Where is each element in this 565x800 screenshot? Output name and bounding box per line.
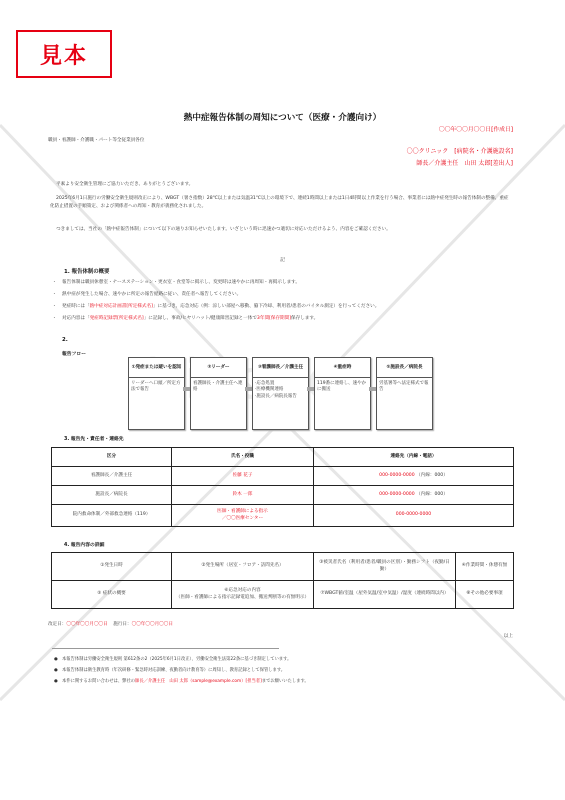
bullet-dot-icon: ●	[54, 657, 62, 662]
text-span: 保存します。	[291, 316, 318, 321]
flow-step-line: 看護師長・介護主任へ連絡	[193, 381, 244, 394]
cell-line: ①発生日時	[55, 563, 168, 570]
cell-line: ⑤ 症状の概要	[55, 591, 168, 598]
text-span: 本報告体制は労働安全衛生規則 第612条の2（2025年6月1日改正）、労働安全…	[62, 657, 291, 662]
text-span: 」に基づき、応急対応（例：涼しい部屋へ移動、脇下冷却、利用者/患者のバイタル測定…	[153, 304, 379, 309]
detail-cell: ④作業時間・休憩有無	[456, 553, 514, 581]
flow-step-title: ⑤施設長／病院長	[377, 358, 432, 378]
document-title: 熱中症報告体制の周知について（医療・介護向け）	[0, 111, 565, 123]
cell-name: 鈴木 一郎	[172, 486, 314, 505]
table-row: 施設長／病院長鈴木 一郎000-0000-0000 （内線：000）	[52, 486, 514, 505]
flow-step-body: 119番に連絡し、速やかに搬送	[315, 378, 370, 397]
highlight-text: 熱中症対応計画書[所定様式名]	[90, 304, 153, 309]
cell-name: 佐藤 花子	[172, 467, 314, 486]
cell-contact: 000-0000-0000 （内線：000）	[314, 467, 514, 486]
section2-heading: 報告フロー	[62, 350, 86, 357]
flow-step: ②リーダー看護師長・介護主任へ連絡	[190, 357, 247, 430]
table-row: ①発生日時②発生場所（居室・フロア・訪問先名）③被災者氏名（利用者/患者/職員の…	[52, 553, 514, 581]
text-span: 本件に関するお問い合わせは、弊社の	[62, 679, 135, 684]
cell-name: 医師・看護師による指示／〇〇医療センター	[172, 505, 314, 527]
cell-line: ④作業時間・休憩有無	[459, 563, 510, 570]
bullet-dot-icon: ・	[52, 279, 62, 285]
greeting: 平素より安全衛生管理にご協力いただき、ありがとうございます。	[56, 181, 518, 189]
cell-line: ③被災者氏名（利用者/患者/職員の区別）・勤務シフト（夜勤/日勤）	[317, 560, 452, 573]
bullet-item: ・熱中症が発生した場合、速やかに所定の報告経路に従い、責任者へ報告してください。	[52, 291, 241, 297]
detail-cell: ⑧その他必要事項	[456, 581, 514, 609]
date-value: 〇〇年〇〇月〇〇日	[439, 127, 491, 133]
issuer-person: 師長／介護主任 山田 太郎[差出人]	[407, 158, 513, 170]
intro-paragraph: 2025年6月1日施行の労働安全衛生規則改正により、WBGT（暑さ指数）28℃以…	[50, 195, 512, 211]
contact-number: 000-0000-0000	[379, 473, 414, 478]
table-row: ⑤ 症状の概要⑥応急対応の内容（医師・看護師による指示記録電追加、搬送判断等の有…	[52, 581, 514, 609]
text-span: までお願いいたします。	[262, 679, 309, 684]
flow-step: ①発症または疑いを認知リーダーへ口頭／所定方法で報告	[128, 357, 185, 430]
ijo-label: 以上	[504, 633, 513, 639]
flow-step-body: リーダーへ口頭／所定方法で報告	[129, 378, 184, 397]
col-header-contact: 連絡先（内線・電話）	[314, 448, 514, 467]
flow-step-line: 119番に連絡し、速やかに搬送	[317, 381, 368, 394]
text-span: 発症時には「	[62, 304, 90, 309]
ki-label: 記	[0, 256, 565, 263]
cell-line: 佐藤 花子	[175, 473, 310, 480]
cell-category: 看護師長／介護主任	[52, 467, 172, 486]
flow-step-title: ③看護師長／介護主任	[253, 358, 308, 378]
flow-step-line: ·施設長／病院長報告	[255, 394, 306, 400]
detail-cell: ⑤ 症状の概要	[52, 581, 172, 609]
bullet-dot-icon: ・	[52, 303, 62, 309]
text-span: 本報告体制は衛生教育時（年次研修・緊急時対応訓練、夜勤者向け教育等）に周知し、教…	[62, 668, 285, 673]
flow-step: ④重症時119番に連絡し、速やかに搬送	[314, 357, 371, 430]
flow-step: ③看護師長／介護主任·応急処置·医療機関連絡·施設長／病院長報告	[252, 357, 309, 430]
text-span: 対応内容は「	[62, 316, 90, 321]
flow-step: ⑤施設長／病院長労基署等へ法定様式で報告	[376, 357, 433, 430]
contact-number: 000-0000-0000	[379, 492, 414, 497]
flow-step-body: 看護師長・介護主任へ連絡	[191, 378, 246, 397]
bullet-item: ・発症時には「熱中症対応計画書[所定様式名]」に基づき、応急対応（例：涼しい部屋…	[52, 303, 379, 309]
cell-line: ⑦WBGT値/室温（屋外気温/室中気温）/湿度（連続時間以内）	[317, 591, 452, 598]
cell-category: 施設長／病院長	[52, 486, 172, 505]
bullet-item: ・対応内容は「発症時記録票[所定様式名]」に記録し、事故/ヒヤリハット/健康障害…	[52, 315, 318, 321]
footnote-item: ●本報告体制は労働安全衛生規則 第612条の2（2025年6月1日改正）、労働安…	[54, 656, 291, 662]
section3-heading: 3. 報告先・責任者・連絡先	[64, 435, 124, 442]
detail-cell: ①発生日時	[52, 553, 172, 581]
flow-step-line: リーダーへ口頭／所定方法で報告	[131, 381, 182, 394]
cell-category: 院内救命体制／外部救急連絡（119）	[52, 505, 172, 527]
notice-paragraph: つきましては、当社の「熱中症報告体制」について以下の通りお知らせいたします。いざ…	[56, 226, 518, 234]
enforced-value: 〇〇年〇〇月〇〇日	[132, 622, 173, 627]
detail-cell: ⑥応急対応の内容（医師・看護師による指示記録電追加、搬送判断等の有無明示）	[172, 581, 314, 609]
flow-step-body: ·応急処置·医療機関連絡·施設長／病院長報告	[253, 378, 308, 403]
text-span: 」に記録し、事故/ヒヤリハット/健康障害記録と一体で	[144, 316, 257, 321]
cell-contact: 000-0000-0000	[314, 505, 514, 527]
detail-cell: ⑦WBGT値/室温（屋外気温/室中気温）/湿度（連続時間以内）	[314, 581, 456, 609]
text-span: 熱中症が発生した場合、速やかに所定の報告経路に従い、責任者へ報告してください。	[62, 292, 241, 297]
cell-line: ／〇〇医療センター	[175, 516, 310, 523]
addressee: 職員・看護師・介護職・パート等全従業員各位	[48, 137, 144, 143]
revision-dates: 改定日：〇〇年〇〇月〇〇日 施行日：〇〇年〇〇月〇〇日	[48, 621, 173, 627]
issuer-org: 〇〇クリニック [病院名・介護施設名]	[407, 146, 513, 158]
bullet-dot-icon: ・	[52, 315, 62, 321]
section2-number: 2.	[62, 337, 68, 343]
cell-line: （医師・看護師による指示記録電追加、搬送判断等の有無明示）	[175, 595, 310, 602]
text-span: 報告体制は職員休憩室・ナースステーション・更衣室・食堂等に掲示し、変更時は速やか…	[62, 280, 300, 285]
flow-step-title: ④重症時	[315, 358, 370, 378]
flow-step-title: ②リーダー	[191, 358, 246, 378]
revised-value: 〇〇年〇〇月〇〇日	[66, 622, 107, 627]
flow-step-line: 労基署等へ法定様式で報告	[379, 381, 430, 394]
table-row: 看護師長／介護主任佐藤 花子000-0000-0000 （内線：000）	[52, 467, 514, 486]
footnote-item: ●本報告体制は衛生教育時（年次研修・緊急時対応訓練、夜勤者向け教育等）に周知し、…	[54, 667, 285, 673]
contact-extension: （内線：000）	[415, 492, 448, 497]
flow-step-title: ①発症または疑いを認知	[129, 358, 184, 378]
footnote-item: ●本件に関するお問い合わせは、弊社の師長／介護主任 山田 太郎（sample@e…	[54, 678, 309, 684]
col-header-name: 氏名・役職	[172, 448, 314, 467]
section4-heading: 4. 報告内容の詳細	[64, 541, 104, 548]
highlight-text: 発症時記録票[所定様式名]	[90, 316, 144, 321]
highlight-text: 師長／介護主任 山田 太郎（sample@example.com）[担当者]	[135, 679, 262, 684]
bullet-dot-icon: ・	[52, 291, 62, 297]
cell-contact: 000-0000-0000 （内線：000）	[314, 486, 514, 505]
report-detail-table: ①発生日時②発生場所（居室・フロア・訪問先名）③被災者氏名（利用者/患者/職員の…	[51, 552, 514, 609]
cell-line: 鈴木 一郎	[175, 492, 310, 499]
creation-date: 〇〇年〇〇月〇〇日[作成日]	[439, 124, 513, 133]
table-row: 院内救命体制／外部救急連絡（119）医師・看護師による指示／〇〇医療センター00…	[52, 505, 514, 527]
contact-number: 000-0000-0000	[396, 512, 431, 517]
detail-cell: ②発生場所（居室・フロア・訪問先名）	[172, 553, 314, 581]
bullet-dot-icon: ●	[54, 679, 62, 684]
footnote-divider	[52, 648, 279, 649]
sample-stamp: 見本	[16, 30, 112, 78]
document-page: bizocean 見本 熱中症報告体制の周知について（医療・介護向け） 〇〇年〇…	[0, 0, 565, 800]
issuer-block: 〇〇クリニック [病院名・介護施設名] 師長／介護主任 山田 太郎[差出人]	[407, 146, 513, 170]
col-header-category: 区分	[52, 448, 172, 467]
revised-label: 改定日：	[48, 622, 66, 627]
section1-heading: 1. 報告体制の概要	[64, 267, 109, 275]
detail-cell: ③被災者氏名（利用者/患者/職員の区別）・勤務シフト（夜勤/日勤）	[314, 553, 456, 581]
cell-line: ⑧その他必要事項	[459, 591, 510, 598]
cell-line: ②発生場所（居室・フロア・訪問先名）	[175, 563, 310, 570]
date-note: [作成日]	[491, 127, 513, 133]
flow-step-body: 労基署等へ法定様式で報告	[377, 378, 432, 397]
enforced-label: 施行日：	[113, 622, 131, 627]
bullet-dot-icon: ●	[54, 668, 62, 673]
bullet-item: ・報告体制は職員休憩室・ナースステーション・更衣室・食堂等に掲示し、変更時は速や…	[52, 279, 300, 285]
contact-table: 区分 氏名・役職 連絡先（内線・電話） 看護師長／介護主任佐藤 花子000-00…	[51, 447, 514, 527]
highlight-text: 3年間[保存期間]	[257, 316, 291, 321]
contact-extension: （内線：000）	[415, 473, 448, 478]
